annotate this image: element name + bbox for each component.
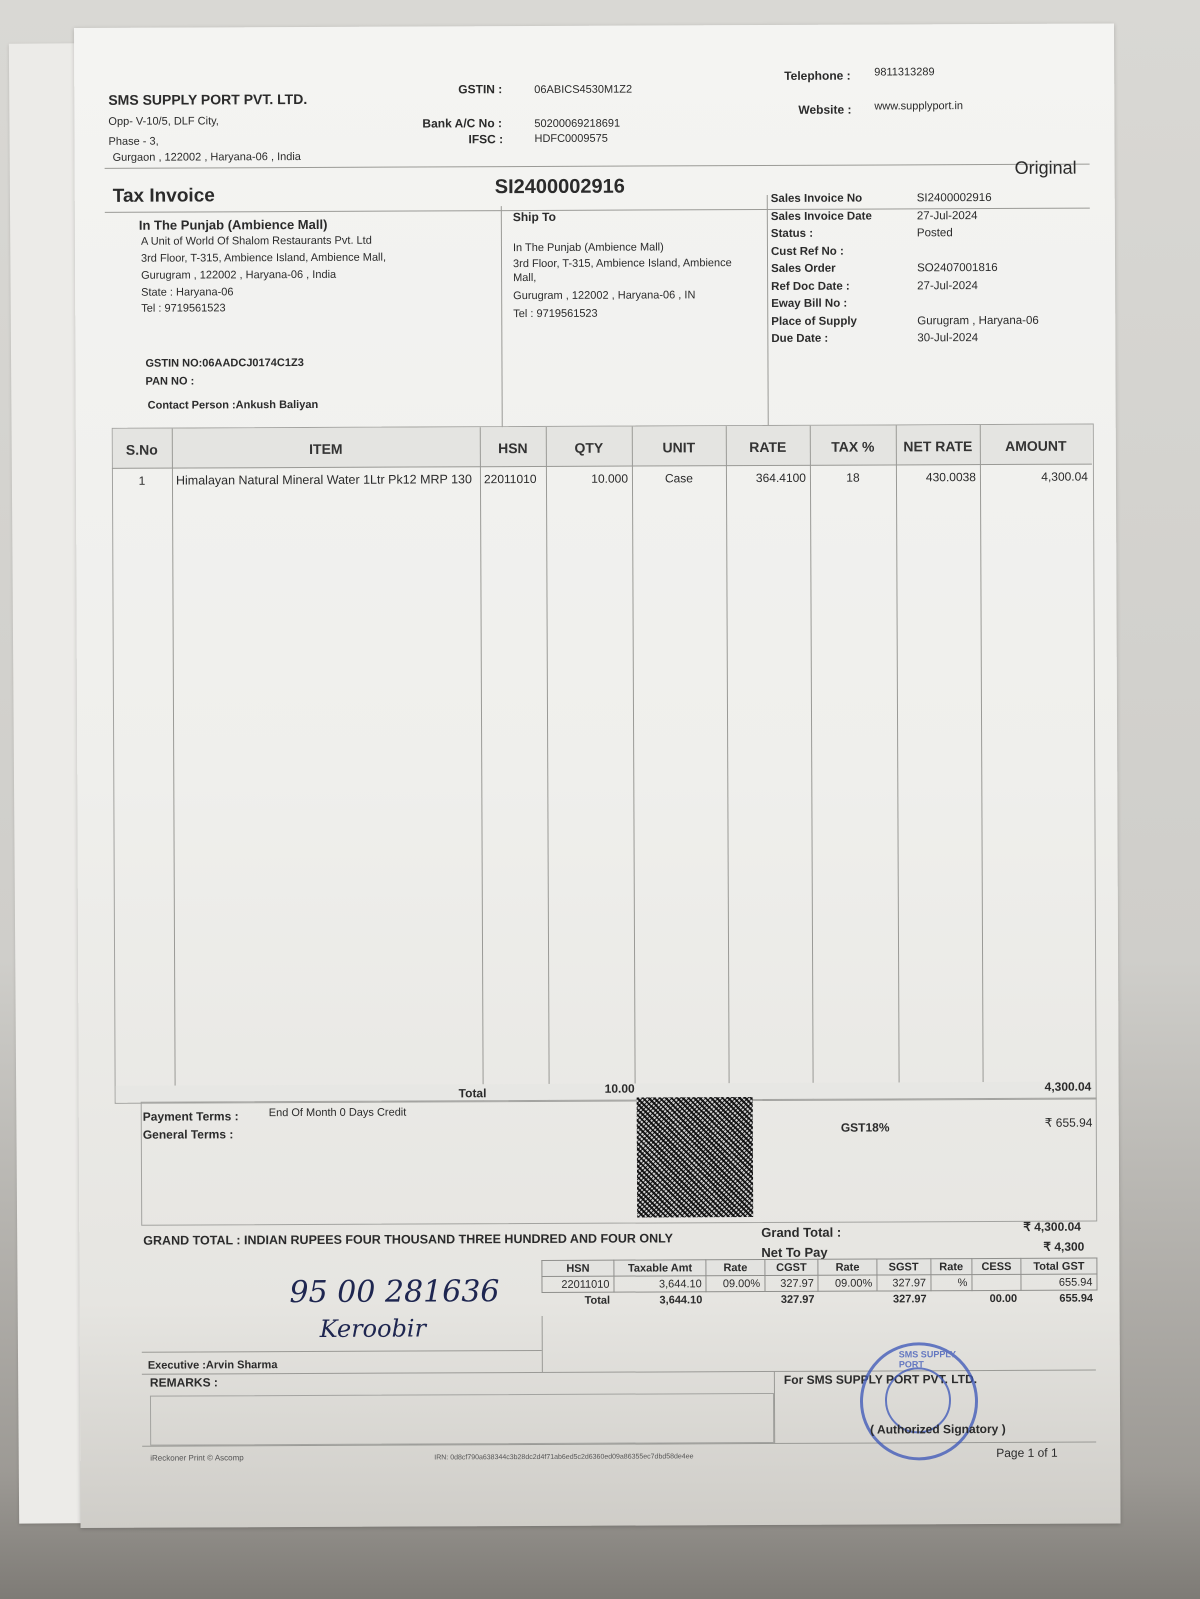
column-header: HSN (480, 440, 546, 456)
meta-row: Status :Posted (771, 227, 1091, 245)
item-cell-rate: 364.4100 (730, 471, 806, 485)
general-terms-label: General Terms : (143, 1127, 234, 1141)
meta-row: Eway Bill No : (771, 297, 1091, 315)
column-header: AMOUNT (980, 438, 1092, 454)
meta-label: Ref Doc Date : (771, 280, 850, 292)
bank-label: Bank A/C No : (422, 116, 502, 130)
gst-amount: ₹ 655.94 (1045, 1116, 1093, 1130)
meta-value: SI2400002916 (917, 192, 992, 204)
ship-to-line: Gurugram , 122002 , Haryana-06 , IN (513, 289, 695, 302)
item-cell-qty: 10.000 (550, 472, 628, 486)
bill-to-line: 3rd Floor, T-315, Ambience Island, Ambie… (141, 252, 386, 265)
grand-total-label: Grand Total : (761, 1225, 841, 1240)
handwritten-signature: Keroobir (320, 1314, 426, 1342)
meta-row: Place of SupplyGurugram , Haryana-06 (771, 314, 1091, 332)
remarks-box (150, 1393, 774, 1446)
gst-column-header: CESS (972, 1258, 1021, 1274)
item-cell-hsn: 22011010 (484, 472, 542, 486)
bill-to-line: A Unit of World Of Shalom Restaurants Pv… (141, 235, 372, 248)
payment-terms-label: Payment Terms : (143, 1109, 239, 1123)
gst-total-cell: 327.97 (877, 1291, 931, 1307)
item-cell-sno: 1 (116, 474, 168, 488)
gst-total-cell: 00.00 (972, 1290, 1021, 1306)
invoice-page: SMS SUPPLY PORT PVT. LTD. Opp- V-10/5, D… (74, 23, 1121, 1528)
document-type: Tax Invoice (113, 185, 215, 207)
software-credit: iReckoner Print © Ascomp (150, 1453, 244, 1462)
total-label: Total (459, 1086, 487, 1100)
bill-to-gstin: GSTIN NO:06AADCJ0174C1Z3 (145, 357, 303, 370)
gst-total-cell: 327.97 (765, 1291, 819, 1307)
handwritten-number: 95 00 281636 (289, 1274, 499, 1310)
copy-type: Original (1015, 158, 1077, 179)
remarks-label: REMARKS : (150, 1375, 218, 1389)
item-cell-amount: 4,300.04 (984, 470, 1088, 484)
gst-total-cell: Total (542, 1292, 614, 1308)
company-stamp: SMS SUPPLY PORT (860, 1342, 979, 1461)
gst-total-cell: 3,644.10 (614, 1292, 706, 1308)
grand-total-value: ₹ 4,300.04 (1023, 1220, 1081, 1234)
ship-to-line: In The Punjab (Ambience Mall) (513, 241, 664, 254)
stamp-text: SMS SUPPLY PORT (899, 1349, 975, 1369)
meta-value: SO2407001816 (917, 262, 998, 274)
meta-label: Sales Invoice No (771, 193, 862, 205)
meta-label: Due Date : (771, 333, 828, 345)
website-value: www.supplyport.in (874, 100, 963, 112)
items-table (112, 424, 1097, 1104)
gst-total-cell (706, 1291, 764, 1307)
meta-label: Sales Order (771, 263, 836, 275)
item-cell-item: Himalayan Natural Mineral Water 1Ltr Pk1… (176, 472, 476, 488)
ship-to-line: 3rd Floor, T-315, Ambience Island, Ambie… (513, 257, 732, 270)
gst-cell: 09.00% (706, 1275, 764, 1291)
column-header: UNIT (632, 439, 726, 455)
ship-to-line: Mall, (513, 272, 536, 284)
meta-value: Gurugram , Haryana-06 (917, 314, 1039, 327)
ifsc-value: HDFC0009575 (534, 133, 607, 145)
column-header: RATE (726, 439, 810, 455)
bill-to-pan: PAN NO : (146, 375, 195, 387)
company-name: SMS SUPPLY PORT PVT. LTD. (108, 91, 307, 108)
bill-to-name: In The Punjab (Ambience Mall) (139, 217, 328, 233)
gst-cell: 327.97 (765, 1275, 819, 1291)
gst-total-cell (818, 1291, 876, 1307)
gst-cell (972, 1274, 1021, 1290)
gst-total-cell (931, 1291, 972, 1307)
gst-breakup-table: HSNTaxable AmtRateCGSTRateSGSTRateCESSTo… (541, 1258, 1097, 1308)
bill-to-line: Gurugram , 122002 , Haryana-06 , India (141, 269, 336, 282)
gst-cell: 09.00% (818, 1275, 876, 1291)
gst-total-cell: 655.94 (1021, 1290, 1097, 1306)
executive-name: Executive :Arvin Sharma (148, 1359, 278, 1372)
irn-number: IRN: 0d8cf790a638344c3b28dc2d4f71ab6ed5c… (434, 1453, 693, 1461)
meta-value: Posted (917, 227, 953, 239)
item-cell-net_rate: 430.0038 (900, 470, 976, 484)
ship-to-label: Ship To (513, 210, 556, 224)
meta-value: 27-Jul-2024 (917, 210, 978, 222)
net-to-pay-label: Net To Pay (761, 1245, 827, 1260)
total-amount: 4,300.04 (1045, 1080, 1092, 1094)
website-label: Website : (798, 103, 851, 117)
gst-column-header: Rate (818, 1259, 876, 1275)
company-address-3: Gurgaon , 122002 , Haryana-06 , India (113, 151, 301, 164)
total-qty: 10.00 (605, 1082, 635, 1096)
column-header: S.No (112, 442, 172, 458)
meta-row: Sales Invoice NoSI2400002916 (771, 192, 1091, 210)
bill-to-line: Tel : 9719561523 (141, 302, 225, 314)
meta-label: Cust Ref No : (771, 245, 844, 257)
meta-label: Place of Supply (771, 315, 857, 327)
meta-row: Cust Ref No : (771, 244, 1091, 262)
meta-row: Ref Doc Date :27-Jul-2024 (771, 279, 1091, 297)
bill-to-line: State : Haryana-06 (141, 286, 233, 298)
invoice-number-title: SI2400002916 (495, 176, 625, 200)
telephone-value: 9811313289 (874, 66, 934, 78)
gst-cell: 655.94 (1021, 1274, 1097, 1290)
bank-value: 50200069218691 (534, 118, 620, 130)
gstin-value: 06ABICS4530M1Z2 (534, 84, 632, 96)
gst-column-header: Taxable Amt (614, 1260, 706, 1276)
meta-label: Sales Invoice Date (771, 210, 872, 222)
gst-column-header: HSN (542, 1260, 614, 1276)
contact-person: Contact Person :Ankush Baliyan (148, 399, 319, 412)
gstin-label: GSTIN : (458, 82, 502, 96)
net-to-pay-value: ₹ 4,300 (1043, 1240, 1084, 1254)
meta-row: Sales OrderSO2407001816 (771, 262, 1091, 280)
column-header: TAX % (810, 438, 896, 454)
gst-cell: 3,644.10 (614, 1276, 706, 1292)
payment-terms-value: End Of Month 0 Days Credit (269, 1107, 407, 1120)
qr-code (637, 1097, 754, 1218)
meta-label: Eway Bill No : (771, 298, 847, 310)
item-cell-tax: 18 (814, 470, 892, 484)
gst-column-header: Total GST (1021, 1258, 1097, 1274)
meta-label: Status : (771, 228, 813, 240)
company-address-1: Opp- V-10/5, DLF City, (108, 115, 219, 127)
grand-total-words: GRAND TOTAL : INDIAN RUPEES FOUR THOUSAN… (143, 1231, 673, 1247)
ifsc-label: IFSC : (468, 132, 503, 146)
column-header: NET RATE (896, 438, 980, 454)
gst-cell: % (931, 1275, 972, 1291)
page-number: Page 1 of 1 (996, 1446, 1057, 1460)
column-header: QTY (546, 440, 632, 456)
gst-cell: 22011010 (542, 1276, 614, 1292)
gst-label: GST18% (841, 1120, 890, 1134)
item-cell-unit: Case (636, 471, 722, 485)
gst-cell: 327.97 (877, 1275, 931, 1291)
company-address-2: Phase - 3, (108, 136, 158, 148)
column-header: ITEM (172, 440, 480, 457)
gst-column-header: CGST (765, 1259, 819, 1275)
meta-row: Due Date :30-Jul-2024 (771, 332, 1091, 350)
invoice-meta: Sales Invoice NoSI2400002916Sales Invoic… (771, 192, 1091, 193)
authorized-signatory: ( Authorized Signatory ) (870, 1422, 1006, 1437)
gst-column-header: Rate (930, 1259, 971, 1275)
telephone-label: Telephone : (784, 69, 851, 83)
meta-value: 27-Jul-2024 (917, 280, 978, 292)
meta-row: Sales Invoice Date27-Jul-2024 (771, 209, 1091, 227)
gst-column-header: SGST (877, 1259, 931, 1275)
meta-value: 30-Jul-2024 (917, 332, 978, 344)
gst-column-header: Rate (706, 1259, 764, 1275)
ship-to-line: Tel : 9719561523 (513, 308, 597, 320)
